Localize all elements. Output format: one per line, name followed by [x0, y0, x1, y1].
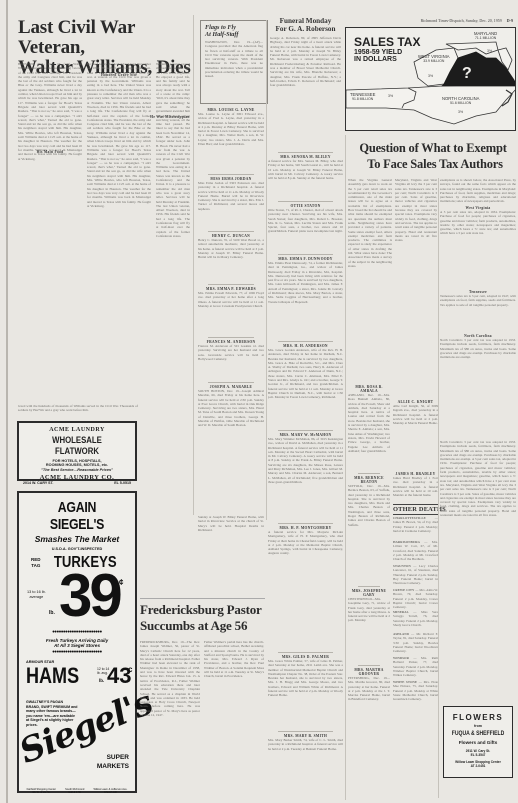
acme-phone: EL 5-0515	[114, 481, 131, 485]
flags-headline-line1: Flags to Fly	[205, 24, 263, 31]
main-story-body2: He liked to say that he had been born No…	[87, 62, 151, 122]
obit-separator	[208, 174, 254, 175]
red-tag-line2: TAG	[31, 563, 41, 569]
obit-body: A funeral service for Mrs. Marjorie McLa…	[268, 530, 343, 570]
rate-tennessee: 3%	[388, 94, 393, 98]
siegel-logo-block: GWALTNEY'S PAGAN BRAND, SWIFT PREMIUM an…	[19, 692, 135, 788]
dots-divider-top: •••••••••••••••••••••••	[19, 630, 135, 636]
town-notice: MINERAL — Miss Vera Scruggs Terrell, 76,…	[393, 610, 438, 632]
main-story-body-repeat: The President, the army and Congress cit…	[87, 118, 151, 208]
state-yield: 51.6 MILLION	[442, 101, 479, 105]
sales-tax-col2: Maryland, Virginia and West Virginia all…	[395, 178, 437, 418]
state-yield: 33.9 MILLION	[418, 59, 450, 63]
obit-body: CHESTERFIELD—Mrs. Josephine Gary, 71, wi…	[348, 597, 390, 663]
main-story-continued: loved with the hundreds of thousands of …	[18, 404, 138, 418]
page-number: D-9	[507, 18, 513, 23]
red-tag-label: RED TAG	[31, 557, 41, 569]
obit-separator	[278, 201, 333, 202]
other-obits-col6: ALLIE C. KNIGHT Allie Carl Knight, 56, o…	[393, 400, 438, 470]
siegel-headline: AGAIN SIEGEL'S	[29, 499, 124, 533]
page-gutter-rule	[6, 0, 8, 803]
location-3-address: Church Hill	[93, 791, 127, 794]
flags-story-box: Flags to Fly At Half-Staff WASHINGTON, D…	[200, 20, 268, 104]
obit-separator	[278, 341, 333, 342]
sales-tax-intro: exemptions as is shown below, the Associ…	[440, 178, 516, 206]
fredericksburg-headline-line1: Fredericksburg Pastor	[140, 602, 265, 618]
sales-tax-map: ? SALES TAX 1958-59 YIELD IN DOLLARS MAR…	[345, 27, 516, 131]
obit-body: A funeral service for Mrs. Senora M. Bli…	[268, 159, 343, 199]
obit-body: Mrs. Grace White Palmer, 57, wife of Gil…	[268, 659, 343, 729]
obit-separator	[208, 284, 254, 285]
turkey-price: 39	[59, 566, 120, 626]
dots-divider-bottom: •••••••••••••••••••••••	[19, 650, 135, 656]
obit-separator	[358, 586, 380, 587]
obituaries-col4-bottom: MRS. GILES D. PALMER Mrs. Grace White Pa…	[268, 650, 343, 800]
obit-body: Mrs. Louise G. Layne of 3001 Ellwood ave…	[198, 112, 264, 172]
acme-service: WHOLESALE FLATWORK	[29, 435, 124, 457]
roberson-story: Funeral Monday For G. A. Roberson George…	[268, 17, 343, 148]
obit-body: PETERSBURG, Dec. 19—Mrs. Martha Groover,…	[348, 676, 390, 736]
obit-body: Ottie Staton, 71, of Rt. 2, Chester, die…	[268, 208, 343, 252]
roberson-body: George A. Roberson, 80, of 2805 Jefferso…	[268, 36, 343, 148]
obituaries-col4: MRS. SENORA M. BLILEY A funeral service …	[268, 150, 343, 650]
acme-line2: ROOMING HOUSES, MOTELS, etc.	[19, 463, 135, 467]
flowers-phone2: AT 2-0451	[444, 764, 512, 768]
subhead-grave-site: Honored Grave Site	[87, 73, 151, 77]
tennessee-body: Tennessee's sales tax is 3 per cent, ado…	[440, 294, 516, 334]
obit-separator	[278, 731, 333, 732]
map-label-west-virginia: WEST VIRGINIA33.9 MILLION	[418, 54, 450, 63]
map-title-line3: IN DOLLARS	[354, 56, 420, 63]
obit-name: MRS. ROSA B. AMBALA	[348, 385, 390, 393]
ham-cents: c	[128, 665, 132, 674]
town-notice: CREWE CITY — Mrs. Alma W. Brown, 70, die…	[393, 588, 438, 610]
flags-headline-line2: At Half-Staff	[205, 31, 263, 38]
subhead-main-food: His Main Food	[18, 150, 82, 154]
other-deaths-title: OTHER DEATHS	[393, 506, 438, 513]
state-yield: 71.1 MILLION	[474, 36, 497, 40]
state-yield: 91.8 MILLION	[350, 97, 375, 101]
turkey-weight-line2: average	[27, 595, 46, 600]
rate-maryland: 3%	[487, 49, 492, 53]
fredericksburg-col2: Father Widmer's parish here has the chur…	[204, 640, 264, 795]
map-title-line1: SALES TAX	[354, 36, 420, 49]
sales-tax-col1: When the Virginia General Assembly gets …	[348, 178, 392, 418]
acme-name: ACME LAUNDRY	[19, 427, 135, 433]
fredericksburg-col1: FREDERICKSBURG, Dec. 19—The Rev. James J…	[140, 640, 200, 795]
obit-name: MRS. JOSEPHINE GARY	[348, 589, 390, 597]
map-label-maryland: MARYLAND71.1 MILLION	[474, 31, 497, 40]
column-rule	[345, 135, 346, 800]
other-obits-col5: MRS. ROSA B. AMBALA ASHLAND, Dec. 19—Mrs…	[348, 385, 390, 800]
flowers-tagline: Flowers and Gifts	[444, 740, 512, 745]
super-markets: SUPER MARKETS	[97, 754, 129, 771]
other-deaths-header: OTHER DEATHS	[393, 504, 438, 515]
obit-separator	[278, 152, 333, 153]
obit-separator	[278, 652, 333, 653]
obit-name: MRS. MARTHA GROOVER	[348, 668, 390, 676]
other-obits-col6b: JAMES H. BRADLEY James Hurd Bradley of 1…	[393, 472, 438, 502]
siegel-location-1: Fairfield Shopping Center4th St. & Va. S…	[27, 788, 56, 795]
map-label-tennessee: TENNESSEE91.8 MILLION	[350, 92, 375, 101]
column-rule	[266, 20, 267, 520]
masthead-paper-date: Richmond Times-Dispatch, Sunday, Dec. 20…	[421, 18, 502, 23]
obit-body: Allie Carl Knight, 56, of 3009 Ingram av…	[393, 404, 438, 442]
column-rule	[193, 15, 194, 515]
sales-tax-col3: exemptions as is shown below, the Associ…	[440, 178, 516, 438]
obit-body: ASHLAND, Dec. 19—Mrs. Rosa Bunnell Ambal…	[348, 393, 390, 471]
siegel-subhead: Smashes The Market	[19, 534, 135, 544]
map-title: SALES TAX 1958-59 YIELD IN DOLLARS	[354, 36, 420, 63]
rate-west-virginia: 3%	[428, 74, 433, 78]
sales-tax-headline: Question of What to Exempt To Face Sales…	[350, 140, 518, 172]
fresh-line2: At All 3 Siegel Stores	[19, 643, 135, 648]
siegel-locations: Fairfield Shopping Center4th St. & Va. S…	[19, 788, 135, 795]
main-story-col2: He liked to say that he had been born No…	[87, 62, 151, 402]
obit-separator	[208, 231, 254, 232]
obit-separator	[278, 430, 333, 431]
turkey-price-block: 13 to 16 lb. average lb. 39 ¢	[19, 574, 135, 630]
column-rule	[438, 178, 439, 798]
ham-price-block: HAMS 12 to 14 lb. avg. lb. 43 c	[19, 664, 135, 692]
town-notice: HARRISONBURG — Mrs. Lillian W. Carr, 67,…	[393, 540, 438, 564]
fredericksburg-headline-line2: Succumbs at Age 56	[140, 618, 265, 634]
obit-body: Mrs. Emma Pleet Dunwoody, 74, a former R…	[268, 261, 343, 339]
main-headline-line1: Last Civil War Veteran,	[18, 18, 198, 58]
town-notice: STAUNTON — Lacy Charles Lancaster, 61, o…	[393, 564, 438, 588]
flags-headline: Flags to Fly At Half-Staff	[201, 21, 267, 40]
obit-separator	[358, 665, 380, 666]
town-notices: CHARLOTTESVILLE — James H. Brown, 54, of…	[393, 516, 438, 706]
map-title-line2: 1958-59 YIELD	[354, 49, 420, 56]
fuqua-sheffield-flowers-ad[interactable]: FLOWERS from FUQUA & SHEFFIELD Flowers a…	[443, 706, 513, 778]
main-story-col3: Williams' pension record showed he serve…	[156, 62, 190, 402]
acme-slogan: "The Best Service—Reasonable Prices"	[19, 468, 135, 472]
town-notice: WHITE STONE — Mrs. Elsie Mae Elmore, 75,…	[393, 680, 438, 704]
virginia-question-mark: ?	[462, 65, 472, 82]
turkey-unit: lb.	[49, 610, 55, 616]
fredericksburg-headline: Fredericksburg Pastor Succumbs at Age 56	[140, 602, 265, 634]
west-virginia-body: A 3 per cent sales tax, adopted in 1934.…	[440, 210, 516, 290]
newspaper-page: Richmond Times-Dispatch, Sunday, Dec. 20…	[0, 0, 518, 803]
page-masthead: Richmond Times-Dispatch, Sunday, Dec. 20…	[368, 18, 513, 23]
main-story-col1: HOUSTON, TEX., Dec. 19—(AP)—Walter Willi…	[18, 62, 82, 402]
town-notice: ASHLAND — Mr. Richard F. Taylor, 81, die…	[393, 632, 438, 656]
ham-unit: lb.	[99, 678, 104, 683]
obit-body: Mrs. Grace Gordon Anderson, wife of the …	[268, 348, 343, 428]
acme-laundry-ad[interactable]: ACME LAUNDRY WHOLESALE FLATWORK FOR HOTE…	[17, 421, 137, 481]
location-2-address: Hull & 17th	[65, 791, 84, 794]
north-carolina-body: North Carolina's 3 per cent tax was adop…	[440, 338, 516, 398]
super-line1: SUPER	[97, 754, 129, 763]
obit-body: Mrs. Mary Barker Smith, 74, wife of C. L…	[268, 738, 343, 768]
obit-separator	[358, 473, 380, 474]
main-story-body: The President, the army and Congress cit…	[18, 71, 82, 161]
rate-north-carolina: 3%	[458, 110, 463, 114]
sales-tax-col3-cont: North Carolina's 3 per cent tax was adop…	[440, 440, 516, 700]
obit-body: SOUTH BOSTON, Dec. 19—Joseph Admiral Mar…	[198, 389, 264, 459]
flowers-from: from	[444, 724, 512, 728]
roberson-headline-line1: Funeral Monday	[268, 17, 343, 25]
obit-separator	[208, 382, 254, 383]
subhead-mississippian: He Was Mississippian	[140, 115, 200, 119]
town-notice: WINDSOR — Mrs. Ruth Holland Parker, 77, …	[393, 656, 438, 680]
obit-body: Mrs. Emma Powell Edwards, 77, of 1006 Fl…	[198, 291, 264, 335]
obit-body: SUFFOLK, Dec. 19—Mrs. Bernice Beaton, 63…	[348, 484, 390, 584]
super-line2: MARKETS	[97, 763, 129, 772]
obit-body: Mrs. Mary Wimmer McMahon, 86, of 3015 Ke…	[268, 437, 343, 521]
siegel-location-2: South RichmondHull & 17th	[65, 788, 84, 795]
turkey-weight: 13 to 16 lb. average	[27, 590, 46, 600]
main-story-body3b: He liked to say that he had been born No…	[156, 122, 190, 238]
sales-tax-headline-line2: To Face Sales Tax Authors	[350, 156, 518, 172]
obituaries-col3: MRS. LOUISE G. LAYNE Mrs. Louise G. Layn…	[198, 108, 264, 508]
fredericksburg-story: Fredericksburg Pastor Succumbs at Age 56	[140, 598, 265, 634]
siegels-logo: Siegel's	[14, 683, 158, 772]
flowers-phone1: EL 5-3547	[444, 753, 512, 757]
map-label-north-carolina: NORTH CAROLINA51.6 MILLION	[442, 96, 479, 105]
siegels-ad[interactable]: AGAIN SIEGEL'S Smashes The Market U.S.D.…	[17, 491, 137, 793]
sales-tax-headline-line1: Question of What to Exempt	[346, 140, 518, 156]
flowers-title: FLOWERS	[444, 713, 512, 722]
location-1-address: 4th St. & Va. St.	[27, 791, 56, 794]
obit-separator	[208, 337, 254, 338]
obit-body: James Hurd Bradley of 1 Fort ave. died y…	[393, 476, 438, 496]
turkey-cents: ¢	[119, 578, 123, 587]
roberson-headline-line2: For G. A. Roberson	[268, 25, 343, 33]
siegel-inspection: U.S.D.A. GOV'T-INSPECTED	[19, 547, 135, 551]
obit-separator	[278, 254, 333, 255]
obit-separator	[278, 523, 333, 524]
obit-name: MRS. BERNICE BEATON	[348, 476, 390, 484]
sales-tax-cont-body: Maryland, Virginia and West Virginia all…	[440, 483, 516, 517]
obit-body: Frances M. Anderson of 501 Gaskins rd. d…	[198, 344, 264, 380]
flowers-shop-name: FUQUA & SHEFFIELD	[452, 730, 505, 737]
flags-body: WASHINGTON, Dec. 19—(AP)—Congress provid…	[201, 40, 267, 96]
acme-address: 2014 W. CARY ST.	[23, 481, 53, 485]
roberson-headline: Funeral Monday For G. A. Roberson	[268, 17, 343, 33]
town-body: James H. Brown, 54, of Ivy, died Friday.…	[393, 520, 438, 533]
town-notice: CHARLOTTESVILLE — James H. Brown, 54, of…	[393, 516, 438, 540]
hams-label: HAMS	[26, 664, 79, 688]
acme-company: ACME LAUNDRY CO.	[19, 474, 135, 481]
col3-continued: Sunday at Joseph W. Bliley Funeral Home,…	[198, 515, 264, 595]
obit-body: Henry C. Duncan, 76, of 3109 West Broad …	[198, 238, 264, 282]
obit-body: Miss Erma Jordan of 3303 Patterson ave. …	[198, 181, 264, 229]
siegel-location-3: Willow Lawn & Jefferson Ave.Church Hill	[93, 788, 127, 795]
